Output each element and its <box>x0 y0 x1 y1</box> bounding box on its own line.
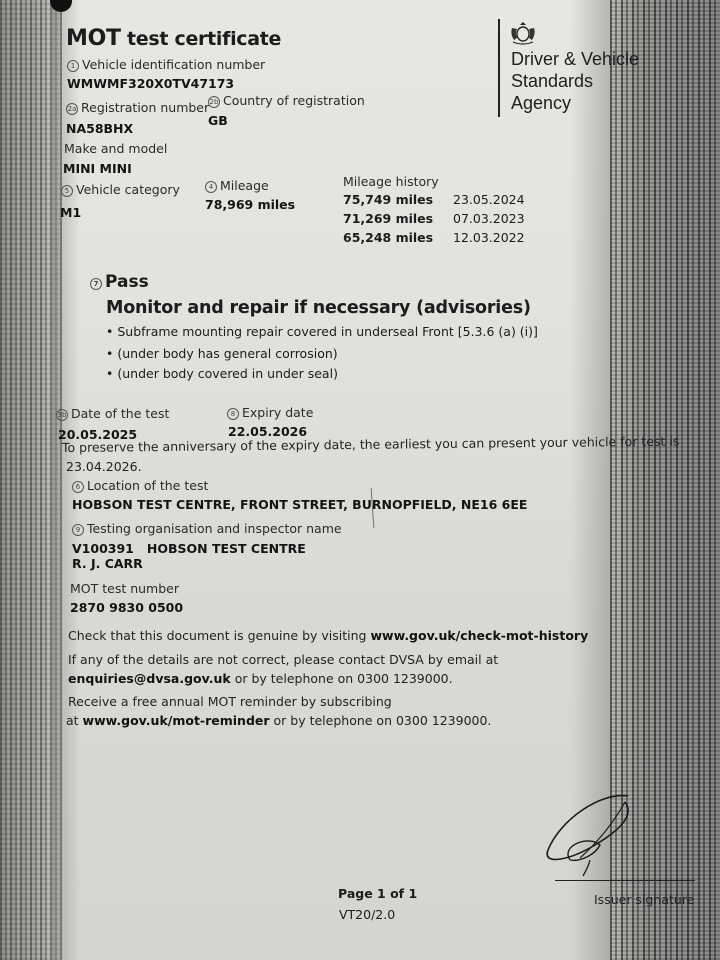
field-number-badge: 1 <box>67 60 79 72</box>
earliest-test-date: 23.04.2026. <box>66 459 142 474</box>
vehicle-category-value: M1 <box>60 205 81 220</box>
vin-label-text: Vehicle identification number <box>82 57 265 72</box>
history-date: 23.05.2024 <box>453 192 525 207</box>
mileage-label: 4Mileage <box>205 178 269 193</box>
reminder-phone-text: or by telephone on 0300 1239000. <box>270 713 492 728</box>
field-number-badge: 3b <box>56 409 68 421</box>
advisory-text: Subframe mounting repair covered in unde… <box>117 324 538 339</box>
location-label-text: Location of the test <box>87 478 208 493</box>
vehicle-category-label-text: Vehicle category <box>76 182 180 197</box>
organisation-label: 9Testing organisation and inspector name <box>72 521 342 536</box>
expiry-date-label-text: Expiry date <box>242 405 313 420</box>
check-genuine-text: Check that this document is genuine by v… <box>68 628 370 643</box>
title-mot: MOT <box>66 26 121 51</box>
mot-reminder-link[interactable]: www.gov.uk/mot-reminder <box>83 713 270 728</box>
mileage-value: 78,969 miles <box>205 197 295 212</box>
field-number-badge: 7 <box>90 278 102 290</box>
mileage-label-text: Mileage <box>220 178 269 193</box>
check-mot-history-link[interactable]: www.gov.uk/check-mot-history <box>370 628 588 643</box>
agency-line1: Driver & Vehicle <box>511 48 639 70</box>
mileage-history-row: 75,749 miles23.05.2024 <box>343 192 525 207</box>
document-title: MOT test certificate <box>66 26 281 51</box>
check-genuine-note: Check that this document is genuine by v… <box>68 628 588 643</box>
logo-divider <box>498 19 500 117</box>
registration-label: 2aRegistration number <box>66 100 209 115</box>
vehicle-category-label: 5Vehicle category <box>61 182 180 197</box>
royal-coat-of-arms-icon <box>508 20 538 46</box>
advisory-text: (under body covered in under seal) <box>117 366 338 381</box>
field-number-badge: 9 <box>72 524 84 536</box>
make-model-value: MINI MINI <box>63 161 132 176</box>
mileage-history-row: 65,248 miles12.03.2022 <box>343 230 525 245</box>
field-number-badge: 5 <box>61 185 73 197</box>
organisation-label-text: Testing organisation and inspector name <box>87 521 342 536</box>
vin-label: 1Vehicle identification number <box>67 57 265 72</box>
advisory-item: • (under body has general corrosion) <box>106 346 338 361</box>
inspector-name: R. J. CARR <box>72 556 143 571</box>
title-rest: test certificate <box>121 28 281 50</box>
field-number-badge: 4 <box>205 181 217 193</box>
advisory-text: (under body has general corrosion) <box>117 346 337 361</box>
reminder-note-line2: at www.gov.uk/mot-reminder or by telepho… <box>66 713 491 728</box>
history-date: 07.03.2023 <box>453 211 525 226</box>
signature-line <box>555 880 695 881</box>
contact-phone-text: or by telephone on 0300 1239000. <box>231 671 453 686</box>
advisory-item: • Subframe mounting repair covered in un… <box>106 324 538 339</box>
expiry-date-label: 8Expiry date <box>227 405 313 420</box>
registration-label-text: Registration number <box>81 100 209 115</box>
test-number-label: MOT test number <box>70 581 179 596</box>
mileage-history-label: Mileage history <box>343 174 439 189</box>
history-miles: 65,248 miles <box>343 230 453 245</box>
advisories-heading: Monitor and repair if necessary (advisor… <box>106 298 531 318</box>
field-number-badge: 8 <box>227 408 239 420</box>
country-label: 2bCountry of registration <box>208 93 365 108</box>
location-value: HOBSON TEST CENTRE, FRONT STREET, BURNOP… <box>72 497 527 512</box>
history-date: 12.03.2022 <box>453 230 525 245</box>
reminder-note-line1: Receive a free annual MOT reminder by su… <box>68 694 392 709</box>
history-miles: 75,749 miles <box>343 192 453 207</box>
test-date-label: 3bDate of the test <box>56 406 169 421</box>
result-pass-text: Pass <box>105 272 149 292</box>
make-model-label: Make and model <box>64 141 167 156</box>
vin-value: WMWMF320X0TV47173 <box>67 76 234 91</box>
advisory-item: • (under body covered in under seal) <box>106 366 338 381</box>
form-version: VT20/2.0 <box>339 907 395 922</box>
issuer-signature-mark <box>540 790 680 880</box>
agency-line3: Agency <box>511 92 639 114</box>
country-label-text: Country of registration <box>223 93 365 108</box>
dvsa-email-link[interactable]: enquiries@dvsa.gov.uk <box>68 671 231 686</box>
issuer-signature-label: Issuer signature <box>594 892 694 907</box>
country-value: GB <box>208 113 228 128</box>
contact-note-line2: enquiries@dvsa.gov.uk or by telephone on… <box>68 671 453 686</box>
page-indicator: Page 1 of 1 <box>338 886 417 901</box>
test-date-label-text: Date of the test <box>71 406 169 421</box>
field-number-badge: 6 <box>72 481 84 493</box>
reminder-prefix: at <box>66 713 83 728</box>
agency-line2: Standards <box>511 70 639 92</box>
location-label: 6Location of the test <box>72 478 208 493</box>
test-result: 7Pass <box>90 272 149 292</box>
test-number-value: 2870 9830 0500 <box>70 600 183 615</box>
registration-value: NA58BHX <box>66 121 133 136</box>
history-miles: 71,269 miles <box>343 211 453 226</box>
organisation-value: V100391 HOBSON TEST CENTRE <box>72 541 306 556</box>
dvsa-wordmark: Driver & Vehicle Standards Agency <box>511 48 639 114</box>
field-number-badge: 2b <box>208 96 220 108</box>
contact-note-line1: If any of the details are not correct, p… <box>68 652 498 667</box>
field-number-badge: 2a <box>66 103 78 115</box>
mileage-history-row: 71,269 miles07.03.2023 <box>343 211 525 226</box>
